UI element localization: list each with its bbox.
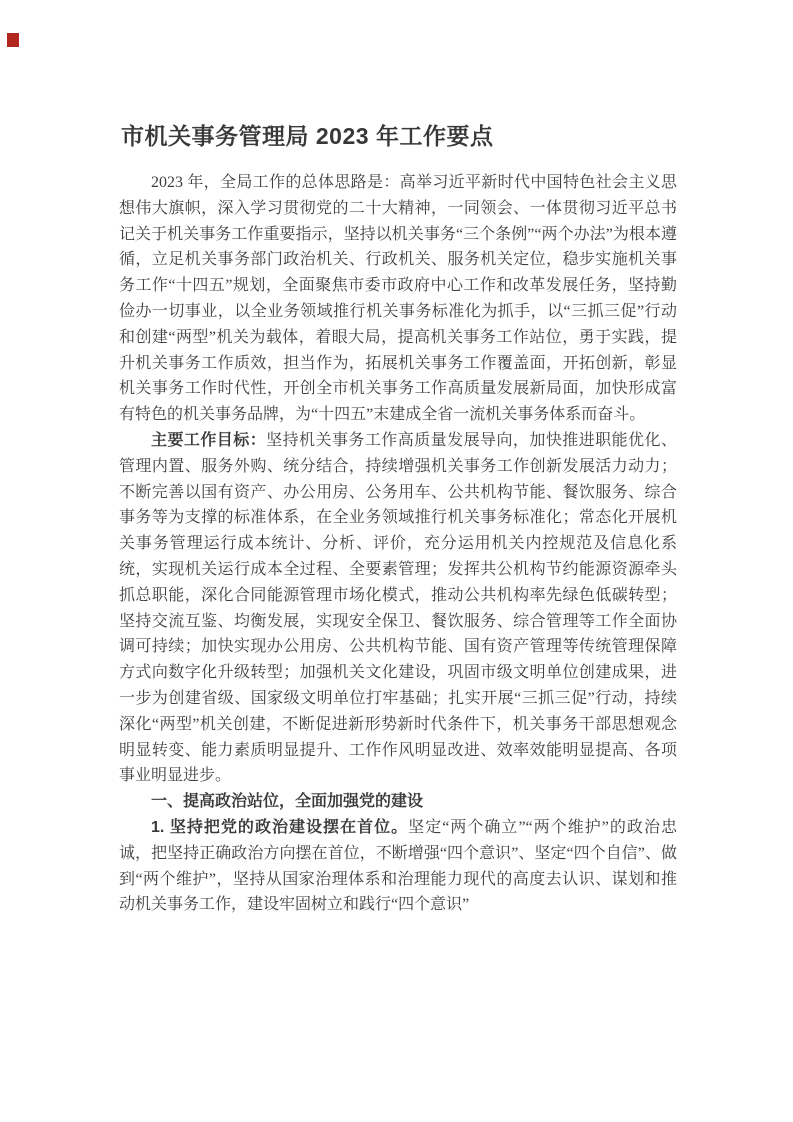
paragraph-text: 坚持机关事务工作高质量发展导向，加快推进职能优化、管理内置、服务外购、统分结合，… — [119, 432, 677, 784]
document-page: 市机关事务管理局 2023 年工作要点 2023 年，全局工作的总体思路是：高举… — [0, 0, 793, 1122]
paragraph: 2023 年，全局工作的总体思路是：高举习近平新时代中国特色社会主义思想伟大旗帜… — [119, 170, 677, 428]
section-heading: 一、提高政治站位，全面加强党的建设 — [119, 789, 677, 815]
paragraph: 1. 坚持把党的政治建设摆在首位。坚定“两个确立”“两个维护”的政治忠诚，把坚持… — [119, 815, 677, 918]
section-heading-text: 一、提高政治站位，全面加强党的建设 — [151, 793, 423, 810]
paragraph: 主要工作目标：坚持机关事务工作高质量发展导向，加快推进职能优化、管理内置、服务外… — [119, 428, 677, 789]
paragraph-text: 2023 年，全局工作的总体思路是：高举习近平新时代中国特色社会主义思想伟大旗帜… — [119, 174, 677, 423]
corner-marker — [7, 33, 19, 47]
paragraph-lead: 1. 坚持把党的政治建设摆在首位。 — [151, 819, 408, 836]
paragraph-lead: 主要工作目标： — [151, 432, 266, 449]
document-body: 2023 年，全局工作的总体思路是：高举习近平新时代中国特色社会主义思想伟大旗帜… — [119, 170, 677, 918]
document-title: 市机关事务管理局 2023 年工作要点 — [121, 120, 681, 152]
